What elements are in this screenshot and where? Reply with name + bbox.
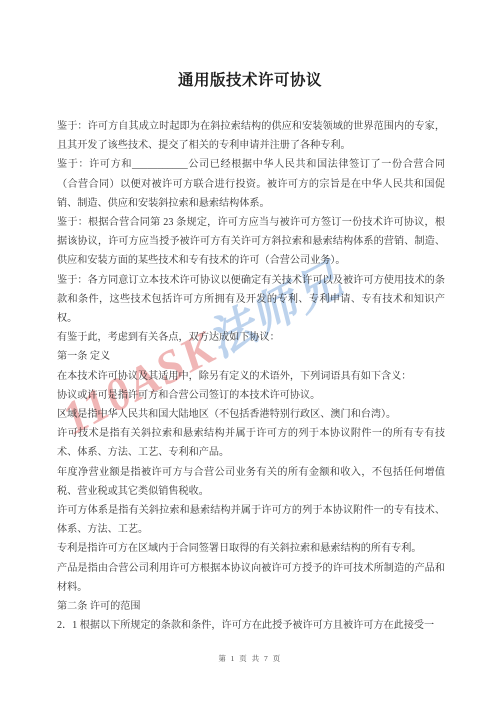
paragraph-def-agreement: 协议或许可是指许可方和合营公司签订的本技术许可协议。: [57, 386, 445, 405]
paragraph-agreement-lead: 有鉴于此，考虑到有关各点，双方达成如下协议：: [57, 328, 445, 347]
paragraph-clause-2-1: 2．1 根据以下所规定的条款和条件，许可方在此授予被许可方且被许可方在此接受一: [57, 616, 445, 635]
paragraph-def-territory: 区域是指中华人民共和国大陆地区（不包括香港特别行政区、澳门和台湾）。: [57, 405, 445, 424]
paragraph-def-licensor-system: 许可方体系是指有关斜拉索和悬索结构并属于许可方的列于本协议附件一的专有技术、体系…: [57, 501, 445, 539]
document-title: 通用版技术许可协议: [0, 68, 500, 90]
paragraph-def-licensed-tech: 许可技术是指有关斜拉索和悬索结构并属于许可方的列于本协议附件一的所有专有技术、体…: [57, 424, 445, 462]
paragraph-def-products: 产品是指由合营公司利用许可方根据本协议向被许可方授予的许可技术所制造的产品和材料…: [57, 559, 445, 597]
page-number-footer: 第 1 页 共 7 页: [0, 653, 500, 664]
paragraph-definitions-intro: 在本技术许可协议及其适用中，除另有定义的术语外，下列词语具有如下含义：: [57, 367, 445, 386]
paragraph-whereas-4: 鉴于：各方同意订立本技术许可协议以便确定有关技术许可以及被许可方使用技术的条款和…: [57, 271, 445, 329]
paragraph-whereas-1: 鉴于：许可方自其成立时起即为在斜拉索结构的供应和安装领域的世界范围内的专家，且其…: [57, 117, 445, 155]
paragraph-def-patents: 专利是指许可方在区域内于合同签署日取得的有关斜拉索和悬索结构的所有专利。: [57, 539, 445, 558]
paragraph-whereas-3: 鉴于：根据合营合同第 23 条规定，许可方应当与被许可方签订一份技术许可协议，根…: [57, 213, 445, 271]
heading-article-1: 第一条 定义: [57, 347, 445, 366]
document-body: 鉴于：许可方自其成立时起即为在斜拉索结构的供应和安装领域的世界范围内的专家，且其…: [57, 117, 445, 635]
document-page: 110ASK法师兄 通用版技术许可协议 鉴于：许可方自其成立时起即为在斜拉索结构…: [0, 0, 500, 706]
heading-article-2: 第二条 许可的范围: [57, 597, 445, 616]
paragraph-def-annual-turnover: 年度净营业额是指被许可方与合营公司业务有关的所有金额和收入，不包括任何增值税、营…: [57, 463, 445, 501]
paragraph-whereas-2: 鉴于：许可方和___________公司已经根据中华人民共和国法律签订了一份合营…: [57, 155, 445, 213]
